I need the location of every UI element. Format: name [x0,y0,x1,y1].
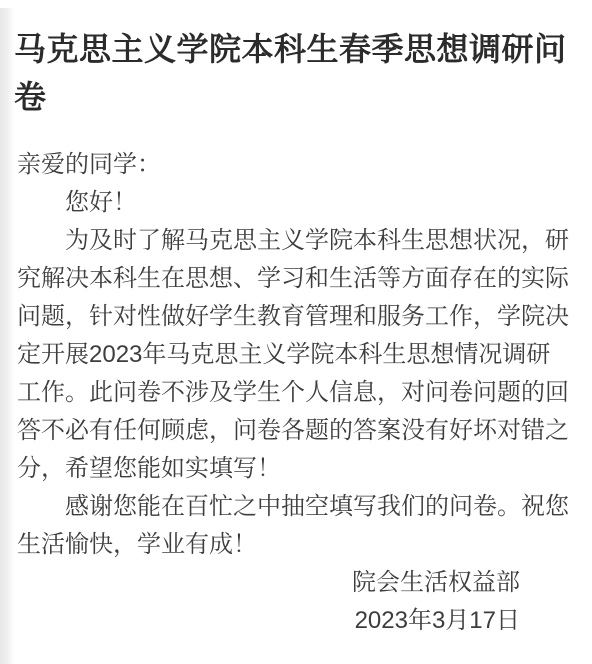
signature-block: 院会生活权益部 2023年3月17日 [17,564,570,640]
signature-department: 院会生活权益部 [17,564,520,602]
survey-intro-page: 马克思主义学院本科生春季思想调研问卷 亲爱的同学： 您好！ 为及时了解马克思主义… [0,0,592,664]
letter-body: 亲爱的同学： 您好！ 为及时了解马克思主义学院本科生思想状况，研究解决本科生在思… [17,146,570,640]
thanks-paragraph: 感谢您能在百忙之中抽空填写我们的问卷。祝您生活愉快，学业有成！ [17,488,570,564]
page-title: 马克思主义学院本科生春季思想调研问卷 [14,25,574,121]
signature-date: 2023年3月17日 [17,602,520,640]
greeting-line: 亲爱的同学： [17,146,570,184]
salutation-line: 您好！ [17,184,570,222]
intro-paragraph: 为及时了解马克思主义学院本科生思想状况，研究解决本科生在思想、学习和生活等方面存… [17,222,570,488]
